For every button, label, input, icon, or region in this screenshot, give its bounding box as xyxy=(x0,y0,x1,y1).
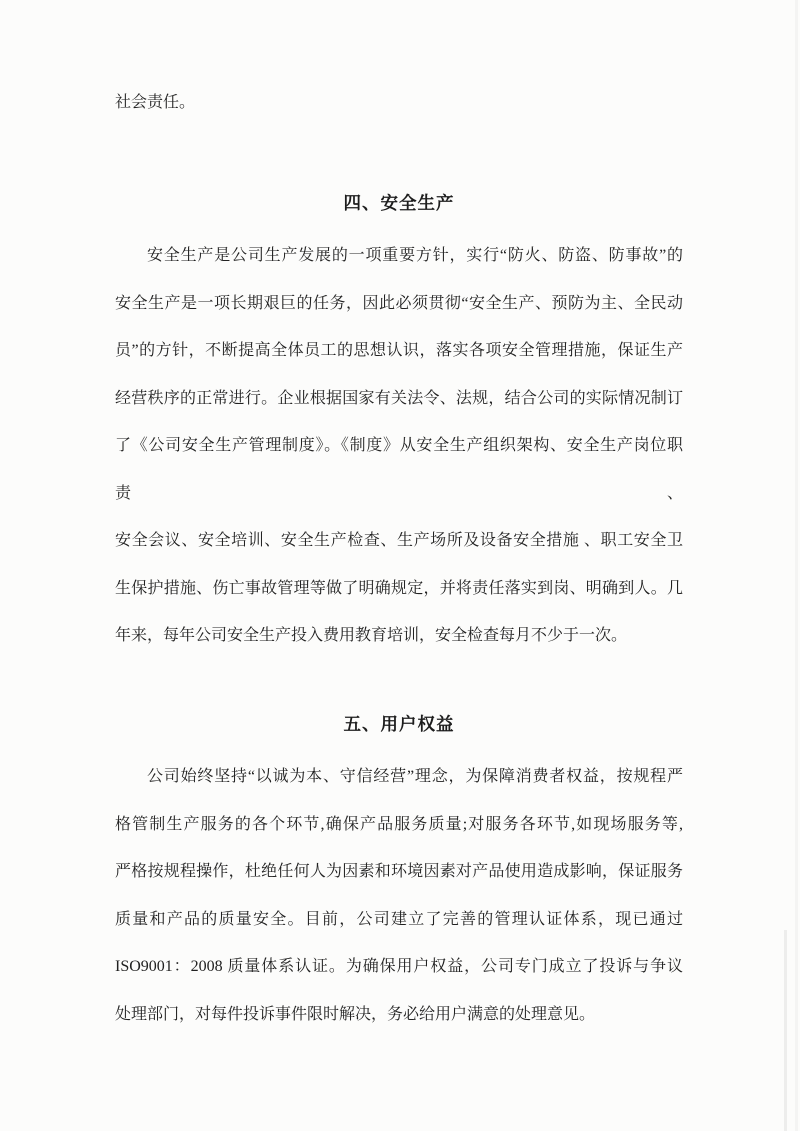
paragraph-line: 安全生产是一项长期艰巨的任务，因此必须贯彻“安全生产、预防为主、全民动 xyxy=(115,280,683,328)
paragraph-line: ISO9001：2008 质量体系认证。为确保用户权益，公司专门成立了投诉与争议 xyxy=(115,943,683,991)
paragraph-line: 年来，每年公司安全生产投入费用教育培训，安全检查每月不少于一次。 xyxy=(115,612,683,660)
paragraph-line: 安全生产是公司生产发展的一项重要方针，实行“防火、防盗、防事故”的 xyxy=(115,232,683,280)
paragraph-line: 了《公司安全生产管理制度》。《制度》从安全生产组织架构、安全生产岗位职责、 xyxy=(115,422,683,517)
page-content: 社会责任。 四、安全生产安全生产是公司生产发展的一项重要方针，实行“防火、防盗、… xyxy=(115,79,683,1038)
section-heading: 五、用户权益 xyxy=(115,701,683,749)
section-heading: 四、安全生产 xyxy=(115,180,683,228)
paragraph: 安全生产是公司生产发展的一项重要方针，实行“防火、防盗、防事故”的安全生产是一项… xyxy=(115,232,683,660)
paragraph-line: 格管制生产服务的各个环节,确保产品服务质量;对服务各环节,如现场服务等, xyxy=(115,801,683,849)
paragraph-line: 员”的方针，不断提高全体员工的思想认识，落实各项安全管理措施，保证生产 xyxy=(115,327,683,375)
paragraph-line: 严格按规程操作，杜绝任何人为因素和环境因素对产品使用造成影响，保证服务 xyxy=(115,848,683,896)
paragraph-line: 处理部门，对每件投诉事件限时解决，务必给用户满意的处理意见。 xyxy=(115,991,683,1039)
paragraph-line: 安全会议、安全培训、安全生产检查、生产场所及设备安全措施 、职工安全卫 xyxy=(115,517,683,565)
paragraph-line: 质量和产品的质量安全。目前，公司建立了完善的管理认证体系，现已通过 xyxy=(115,896,683,944)
scanned-page: 社会责任。 四、安全生产安全生产是公司生产发展的一项重要方针，实行“防火、防盗、… xyxy=(0,0,800,1131)
section-safety-production: 四、安全生产安全生产是公司生产发展的一项重要方针，实行“防火、防盗、防事故”的安… xyxy=(115,180,683,660)
scan-artifact-right-edge xyxy=(795,0,798,1131)
paragraph-line: 经营秩序的正常进行。企业根据国家有关法令、法规，结合公司的实际情况制订 xyxy=(115,375,683,423)
scan-artifact-right-streak xyxy=(784,930,787,1131)
sections: 四、安全生产安全生产是公司生产发展的一项重要方针，实行“防火、防盗、防事故”的安… xyxy=(115,180,683,1039)
paragraph-line: 生保护措施、伤亡事故管理等做了明确规定，并将责任落实到岗、明确到人。几 xyxy=(115,565,683,613)
paragraph-line: 公司始终坚持“以诚为本、守信经营”理念，为保障消费者权益，按规程严 xyxy=(115,753,683,801)
section-user-rights: 五、用户权益公司始终坚持“以诚为本、守信经营”理念，为保障消费者权益，按规程严格… xyxy=(115,701,683,1039)
continuation-line: 社会责任。 xyxy=(115,79,683,127)
paragraph: 公司始终坚持“以诚为本、守信经营”理念，为保障消费者权益，按规程严格管制生产服务… xyxy=(115,753,683,1038)
